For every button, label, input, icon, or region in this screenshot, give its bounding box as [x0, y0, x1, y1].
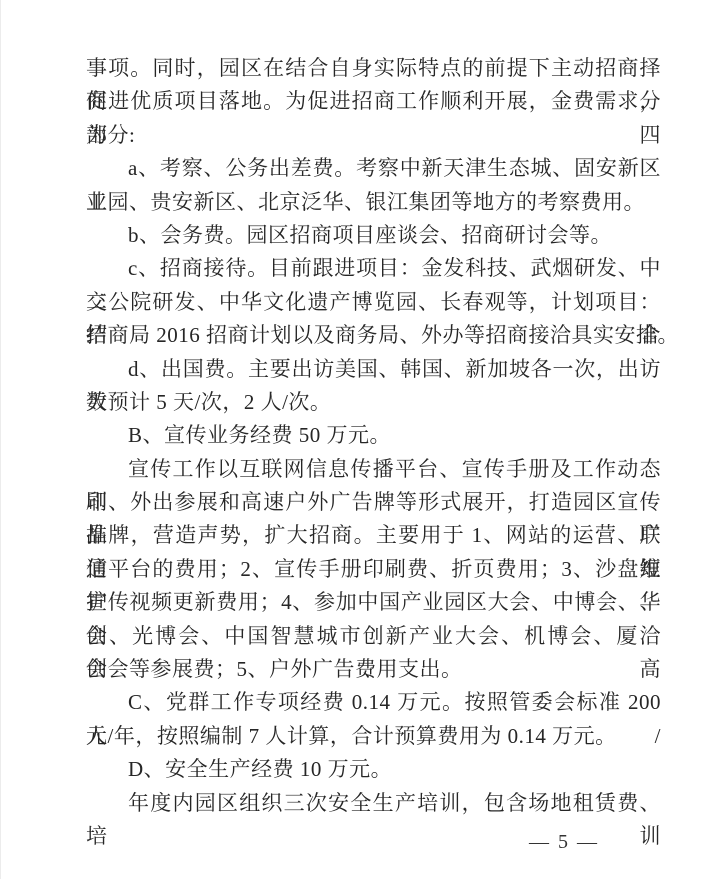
text-line: a、考察、公务出差费。考察中新天津生态城、固安新区工	[86, 152, 661, 185]
text-line: 年度内园区组织三次安全生产培训，包含场地租赁费、培训	[86, 787, 661, 820]
text-line: 人/年，按照编制 7 人计算，合计预算费用为 0.14 万元。	[86, 720, 661, 753]
text-line: B、宣传业务经费 50 万元。	[86, 419, 661, 452]
text-line: 信平台的费用；2、宣传手册印刷费、折页费用；3、沙盘维护、	[86, 553, 661, 586]
text-line: b、会务费。园区招商项目座谈会、招商研讨会等。	[86, 219, 661, 252]
page-number: — 5 —	[86, 828, 661, 856]
text-line: 二公院研发、中华文化遗产博览园、长春观等，计划项目：结合	[86, 286, 661, 319]
text-line: 数预计 5 天/次，2 人/次。	[86, 386, 661, 419]
text-line: 促进优质项目落地。为促进招商工作顺利开展，金费需求分为四	[86, 85, 661, 118]
text-line: 招商局 2016 招商计划以及商务局、外办等招商接洽具实安排。	[86, 319, 661, 352]
text-line: d、出国费。主要出访美国、韩国、新加坡各一次，出访天	[86, 353, 661, 386]
text-line: c、招商接待。目前跟进项目：金发科技、武烟研发、中交	[86, 252, 661, 285]
text-line: 宣传工作以互联网信息传播平台、宣传手册及工作动态印	[86, 453, 661, 486]
text-line: D、安全生产经费 10 万元。	[86, 753, 661, 786]
text-line: 品牌，营造声势，扩大招商。主要用于 1、网站的运营、联通短	[86, 519, 661, 552]
text-line: 会、光博会、中国智慧城市创新产业大会、机博会、厦洽会、高	[86, 620, 661, 653]
text-line: 业园、贵安新区、北京泛华、银江集团等地方的考察费用。	[86, 186, 661, 219]
text-line: 宣传视频更新费用；4、参加中国产业园区大会、中博会、华创	[86, 586, 661, 619]
text-line: 刷、外出参展和高速户外广告牌等形式展开，打造园区宣传推广	[86, 486, 661, 519]
document-body: 事项。同时，园区在结合自身实际特点的前提下主动招商择商， 促进优质项目落地。为促…	[86, 52, 661, 820]
text-line: 事项。同时，园区在结合自身实际特点的前提下主动招商择商，	[86, 52, 661, 85]
document-page: 事项。同时，园区在结合自身实际特点的前提下主动招商择商， 促进优质项目落地。为促…	[0, 0, 705, 879]
text-line: C、党群工作专项经费 0.14 万元。按照管委会标准 200 元/	[86, 686, 661, 719]
